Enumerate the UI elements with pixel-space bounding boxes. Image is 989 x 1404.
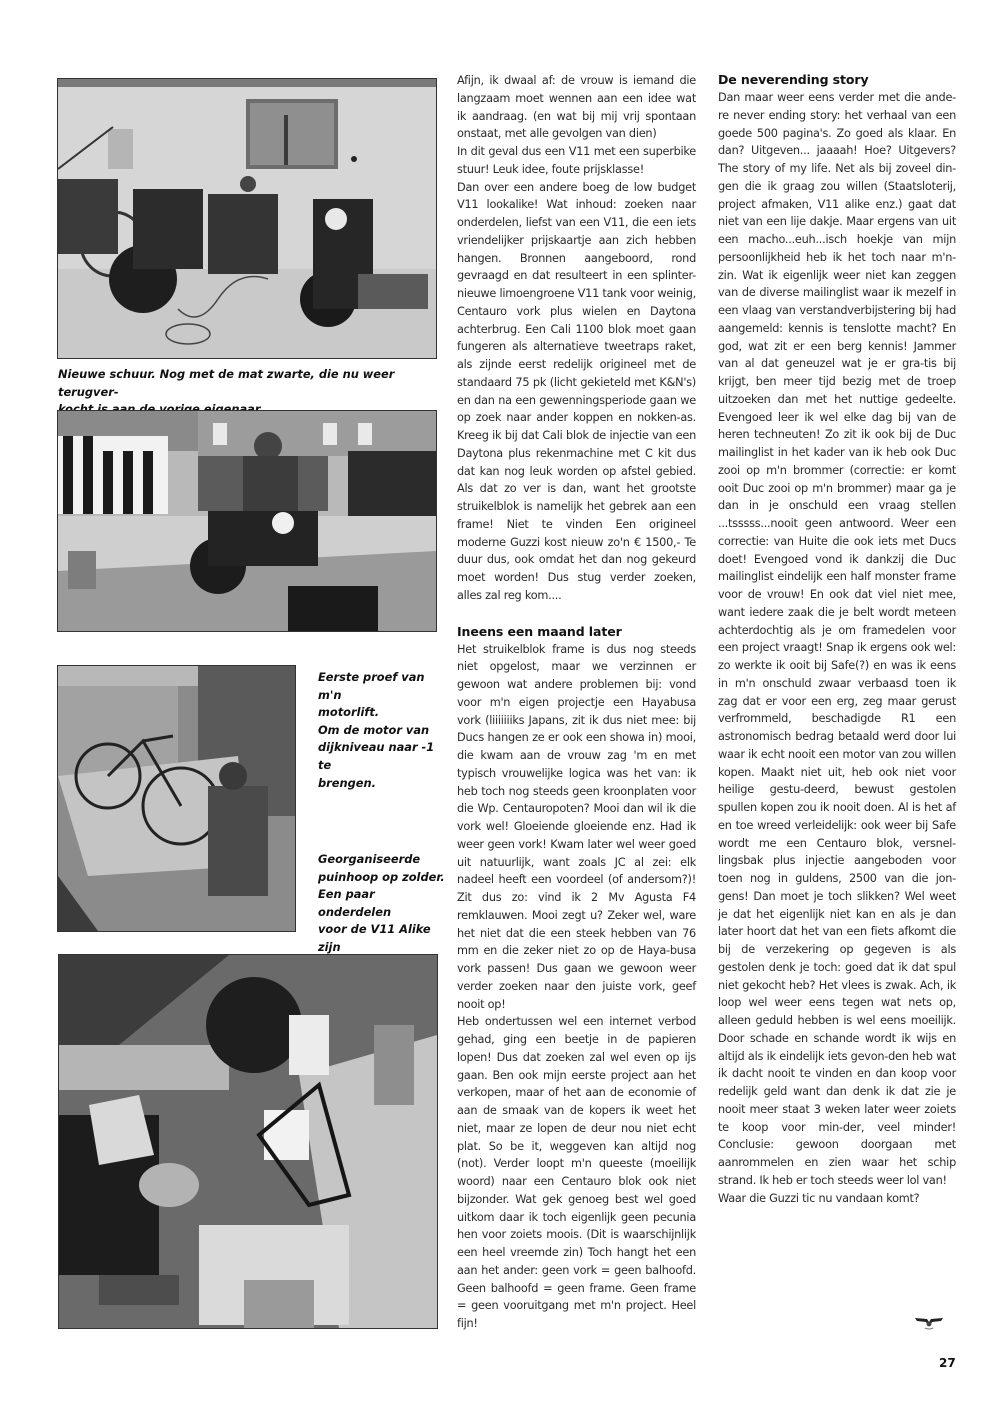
article-column-right: De neverending story Dan maar weer eens … bbox=[718, 71, 956, 1207]
caption-line: dijkniveau naar -1 te bbox=[318, 739, 448, 774]
caption-photo-bicycle: Eerste proef van m'n motorlift. Om de mo… bbox=[318, 669, 448, 792]
paragraph: Waar die Guzzi tic nu vandaan komt? bbox=[718, 1190, 956, 1208]
page-number: 27 bbox=[939, 1356, 956, 1370]
caption-line: voor de V11 Alike zijn bbox=[318, 921, 448, 956]
striped-gate bbox=[58, 436, 168, 514]
paragraph: Afijn, ik dwaal af: de vrouw is iemand d… bbox=[457, 72, 696, 143]
attic-photo-illustration bbox=[59, 955, 437, 1328]
section-heading: Ineens een maand later bbox=[457, 623, 696, 641]
winged-eagle-logo-icon bbox=[914, 1313, 944, 1331]
lift-photo-illustration bbox=[58, 411, 436, 631]
shed-photo-illustration bbox=[58, 79, 436, 358]
caption-line: motorlift. bbox=[318, 704, 448, 722]
paragraph: Het struikelblok frame is dus nog steeds… bbox=[457, 641, 696, 1014]
caption-line: Nieuwe schuur. Nog met de mat zwarte, di… bbox=[58, 366, 438, 401]
caption-line: puinhoop op zolder. bbox=[318, 869, 448, 887]
photo-attic-parts bbox=[58, 954, 438, 1329]
caption-line: Eerste proef van m'n bbox=[318, 669, 448, 704]
photo-shed-motorcycles bbox=[57, 78, 437, 359]
bicycle-photo-illustration bbox=[58, 666, 295, 931]
photo-bicycle-on-lift bbox=[57, 665, 296, 932]
caption-line: brengen. bbox=[318, 775, 448, 793]
paragraph: Dan over een andere boeg de low budget V… bbox=[457, 179, 696, 605]
caption-line: Om de motor van bbox=[318, 722, 448, 740]
photo-motorcycle-on-lift bbox=[57, 410, 437, 632]
paragraph: In dit geval dus een V11 met een superbi… bbox=[457, 143, 696, 179]
caption-line: Georganiseerde bbox=[318, 851, 448, 869]
section-heading: De neverending story bbox=[718, 71, 956, 89]
caption-line: Een paar onderdelen bbox=[318, 886, 448, 921]
article-column-middle: Afijn, ik dwaal af: de vrouw is iemand d… bbox=[457, 72, 696, 1333]
paragraph: Heb ondertussen wel een internet verbod … bbox=[457, 1013, 696, 1333]
paragraph: Dan maar weer eens verder met die ande-r… bbox=[718, 89, 956, 1190]
